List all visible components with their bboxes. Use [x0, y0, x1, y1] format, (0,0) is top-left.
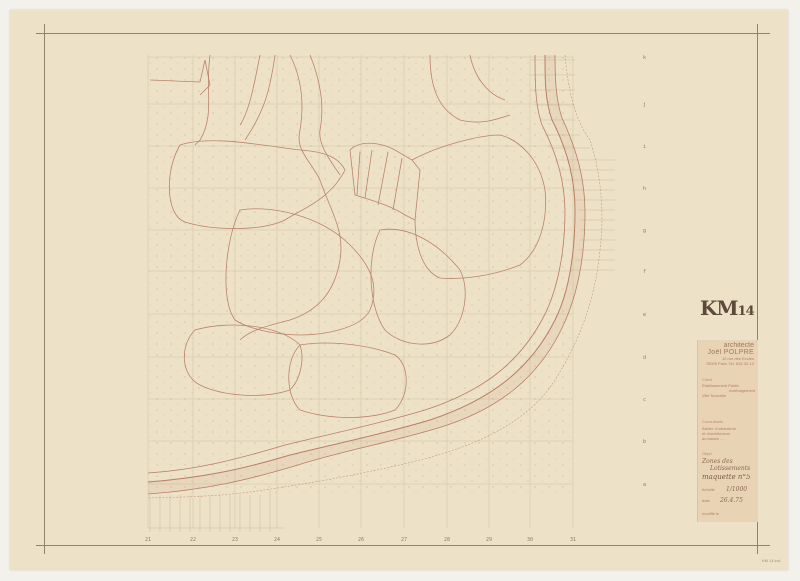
axis-label-x: 25: [316, 537, 322, 543]
sheet-code: KM14: [700, 296, 754, 320]
axis-label-x: 23: [232, 537, 238, 543]
axis-label-y: d: [643, 355, 646, 361]
client-line: Aménagement: [702, 389, 755, 394]
site-plan-drawing: [0, 0, 800, 581]
axis-label-y: c: [643, 397, 646, 403]
axis-label-x: 31: [570, 537, 576, 543]
object-line: Zones des: [702, 458, 755, 465]
axis-label-y: e: [643, 312, 646, 318]
axis-label-y: a: [643, 482, 646, 488]
title-block: architecte Joël POLPRE 12 rue des Ecoles…: [697, 340, 758, 522]
axis-label-y: f: [643, 269, 646, 275]
axis-label-y: i: [643, 144, 646, 150]
client-heading: Client: [702, 378, 755, 383]
sheet-code-number: 14: [738, 304, 754, 319]
consultant-line: Atelier d'urbanisme: [702, 427, 755, 432]
consultant-line: et d'architecture: [702, 432, 755, 437]
architect-name: Joël POLPRE: [708, 349, 755, 356]
axis-label-x: 24: [274, 537, 280, 543]
client-line: Etablissement Public: [702, 384, 755, 389]
consultant-line: du bassin ...: [702, 437, 755, 442]
axis-label-x: 26: [358, 537, 364, 543]
axis-label-y: b: [643, 439, 646, 445]
scale-value: 1/1000: [726, 486, 755, 493]
axis-label-x: 28: [444, 537, 450, 543]
model-label: maquette n°5: [702, 474, 755, 481]
axis-label-y: h: [643, 186, 646, 192]
architect-address: 12 rue des Ecoles: [702, 357, 754, 362]
axis-label-y: j: [643, 102, 646, 108]
consultant-heading: Consultants: [702, 420, 755, 425]
axis-label-y: k: [643, 55, 646, 61]
corner-note: KM 14 ind.: [762, 558, 781, 563]
axis-label-x: 27: [401, 537, 407, 543]
axis-label-x: 21: [145, 537, 151, 543]
architect-phone: 75005 Paris Tél. 633 32-12: [702, 362, 754, 367]
axis-label-y: g: [643, 228, 646, 234]
axis-label-x: 30: [527, 537, 533, 543]
axis-label-x: 29: [486, 537, 492, 543]
architect-label: architecte: [724, 342, 754, 349]
client-line: Ville Nouvelle: [702, 394, 755, 399]
date-value: 26.4.75: [720, 497, 755, 504]
axis-label-x: 22: [190, 537, 196, 543]
object-heading: Objet: [702, 452, 755, 457]
sheet-code-prefix: KM: [700, 296, 738, 320]
revision-label: modifié le: [702, 512, 755, 517]
object-line: Lotissements: [710, 465, 755, 472]
